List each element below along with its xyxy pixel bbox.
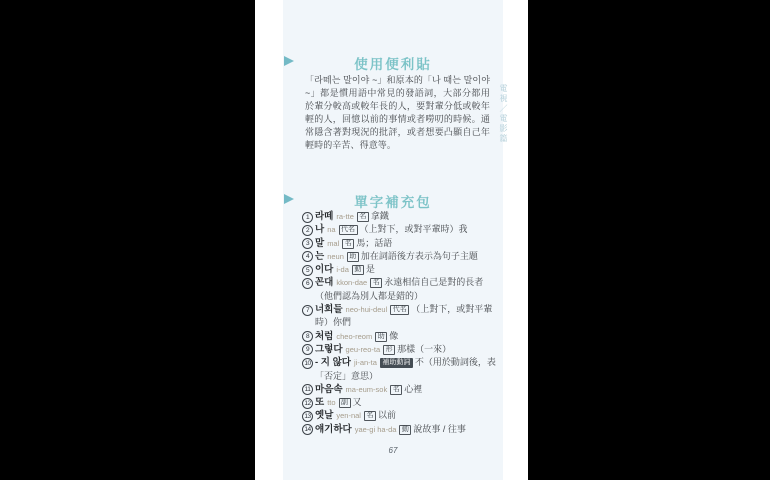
korean-word: 는: [315, 251, 324, 262]
item-number-badge: 2: [302, 225, 313, 236]
meaning-text: 又: [353, 397, 362, 407]
section-title-notes: 使用便利貼: [283, 53, 503, 73]
pos-tag: 動: [399, 425, 411, 435]
pos-tag: 助: [347, 252, 359, 262]
item-number-badge: 7: [302, 305, 313, 316]
meaning-text: 拿鐵: [371, 211, 389, 221]
item-number-badge: 10: [302, 358, 313, 369]
romanization: ra-tte: [336, 212, 354, 221]
vocab-item: 6꼰대kkon-dae名永遠相信自己是對的長者（他們認為別人都是錯的）: [302, 276, 501, 303]
vocab-item: 9그렇다geu-reo-ta形那樣（一來）: [302, 343, 501, 356]
notes-paragraph: 「라떼는 말이야 ~」和原本的「나 때는 말이야 ~」都是慣用語中常見的發語詞，…: [305, 74, 490, 152]
korean-word: 그렇다: [315, 344, 343, 355]
romanization: kkon-dae: [336, 278, 367, 287]
korean-word: 옛날: [315, 410, 333, 421]
pos-tag: 代名: [339, 225, 358, 235]
pos-tag: 名: [370, 278, 382, 288]
korean-word: 꼰대: [315, 277, 333, 288]
meaning-text: 說故事 / 往事: [413, 424, 466, 434]
pos-tag: 名: [364, 411, 376, 421]
romanization: ji-an-ta: [354, 358, 377, 367]
vocab-list: 1라떼ra-tte名拿鐵 2나na代名（上對下，或對平輩時）我 3말mal名馬；…: [302, 210, 501, 436]
pos-tag: 動: [352, 265, 364, 275]
vocab-item: 13옛날yen-nal名以前: [302, 409, 501, 422]
item-number-badge: 5: [302, 265, 313, 276]
korean-word: 말: [315, 238, 324, 249]
meaning-text: 心裡: [404, 384, 422, 394]
item-number-badge: 1: [302, 212, 313, 223]
meaning-text: 那樣（一來）: [397, 344, 451, 354]
pos-tag: 名: [390, 385, 402, 395]
pos-tag-highlighted: 補助動詞: [380, 358, 413, 368]
romanization: yae-gi ha-da: [355, 425, 397, 434]
pos-tag: 名: [357, 212, 369, 222]
item-number-badge: 12: [302, 398, 313, 409]
item-number-badge: 11: [302, 384, 313, 395]
romanization: tto: [327, 398, 335, 407]
item-number-badge: 13: [302, 411, 313, 422]
vocab-item: 2나na代名（上對下，或對平輩時）我: [302, 223, 501, 236]
vocab-item: 1라떼ra-tte名拿鐵: [302, 210, 501, 223]
romanization: neo-hui-deul: [346, 305, 388, 314]
romanization: ma-eum-sok: [346, 385, 388, 394]
meaning-text: 馬；話語: [356, 238, 392, 248]
korean-word: 너희들: [315, 304, 343, 315]
meaning-text: （上對下，或對平輩時）我: [360, 224, 468, 234]
vocab-item: 14얘기하다yae-gi ha-da動說故事 / 往事: [302, 423, 501, 436]
pos-tag: 副: [339, 398, 351, 408]
vocab-item: 3말mal名馬；話語: [302, 237, 501, 250]
chapter-side-tab: 電視／電影篇: [498, 84, 509, 144]
romanization: neun: [327, 252, 344, 261]
pos-tag: 代名: [390, 305, 409, 315]
korean-word: 라떼: [315, 211, 333, 222]
meaning-text: 加在詞語後方表示為句子主題: [361, 251, 478, 261]
korean-word: 처럼: [315, 331, 333, 342]
meaning-text: 以前: [378, 410, 396, 420]
item-number-badge: 9: [302, 344, 313, 355]
pos-tag: 助: [375, 332, 387, 342]
item-number-badge: 8: [302, 331, 313, 342]
korean-word: 이다: [315, 264, 333, 275]
vocab-item: 8처럼cheo-reom助像: [302, 330, 501, 343]
pos-tag: 形: [383, 345, 395, 355]
book-page: 使用便利貼 「라떼는 말이야 ~」和原本的「나 때는 말이야 ~」都是慣用語中常…: [255, 0, 528, 480]
romanization: i-da: [336, 265, 349, 274]
romanization: yen-nal: [336, 411, 361, 420]
item-number-badge: 6: [302, 278, 313, 289]
item-number-badge: 14: [302, 424, 313, 435]
meaning-text: 是: [366, 264, 375, 274]
korean-word: 얘기하다: [315, 424, 352, 435]
korean-word: 마음속: [315, 384, 343, 395]
vocab-item: 11마음속ma-eum-sok名心裡: [302, 383, 501, 396]
item-number-badge: 3: [302, 238, 313, 249]
romanization: mal: [327, 239, 339, 248]
item-number-badge: 4: [302, 251, 313, 262]
vocab-item: 10- 지 않다ji-an-ta補助動詞不（用於動詞後，表「否定」意思）: [302, 356, 501, 383]
romanization: geu-reo-ta: [346, 345, 381, 354]
meaning-text: 像: [389, 331, 398, 341]
section-title-vocab: 單字補充包: [283, 191, 503, 211]
vocab-item: 7너희들neo-hui-deul代名（上對下，或對平輩時）你們: [302, 303, 501, 330]
korean-word: - 지 않다: [315, 357, 351, 368]
romanization: cheo-reom: [336, 332, 372, 341]
korean-word: 또: [315, 397, 324, 408]
vocab-item: 4는neun助加在詞語後方表示為句子主題: [302, 250, 501, 263]
page-number: 67: [283, 446, 503, 455]
korean-word: 나: [315, 224, 324, 235]
pos-tag: 名: [342, 239, 354, 249]
vocab-item: 12또tto副又: [302, 396, 501, 409]
romanization: na: [327, 225, 335, 234]
letterboxed-screenshot: 使用便利貼 「라떼는 말이야 ~」和原本的「나 때는 말이야 ~」都是慣用語中常…: [0, 0, 770, 480]
vocab-item: 5이다i-da動是: [302, 263, 501, 276]
